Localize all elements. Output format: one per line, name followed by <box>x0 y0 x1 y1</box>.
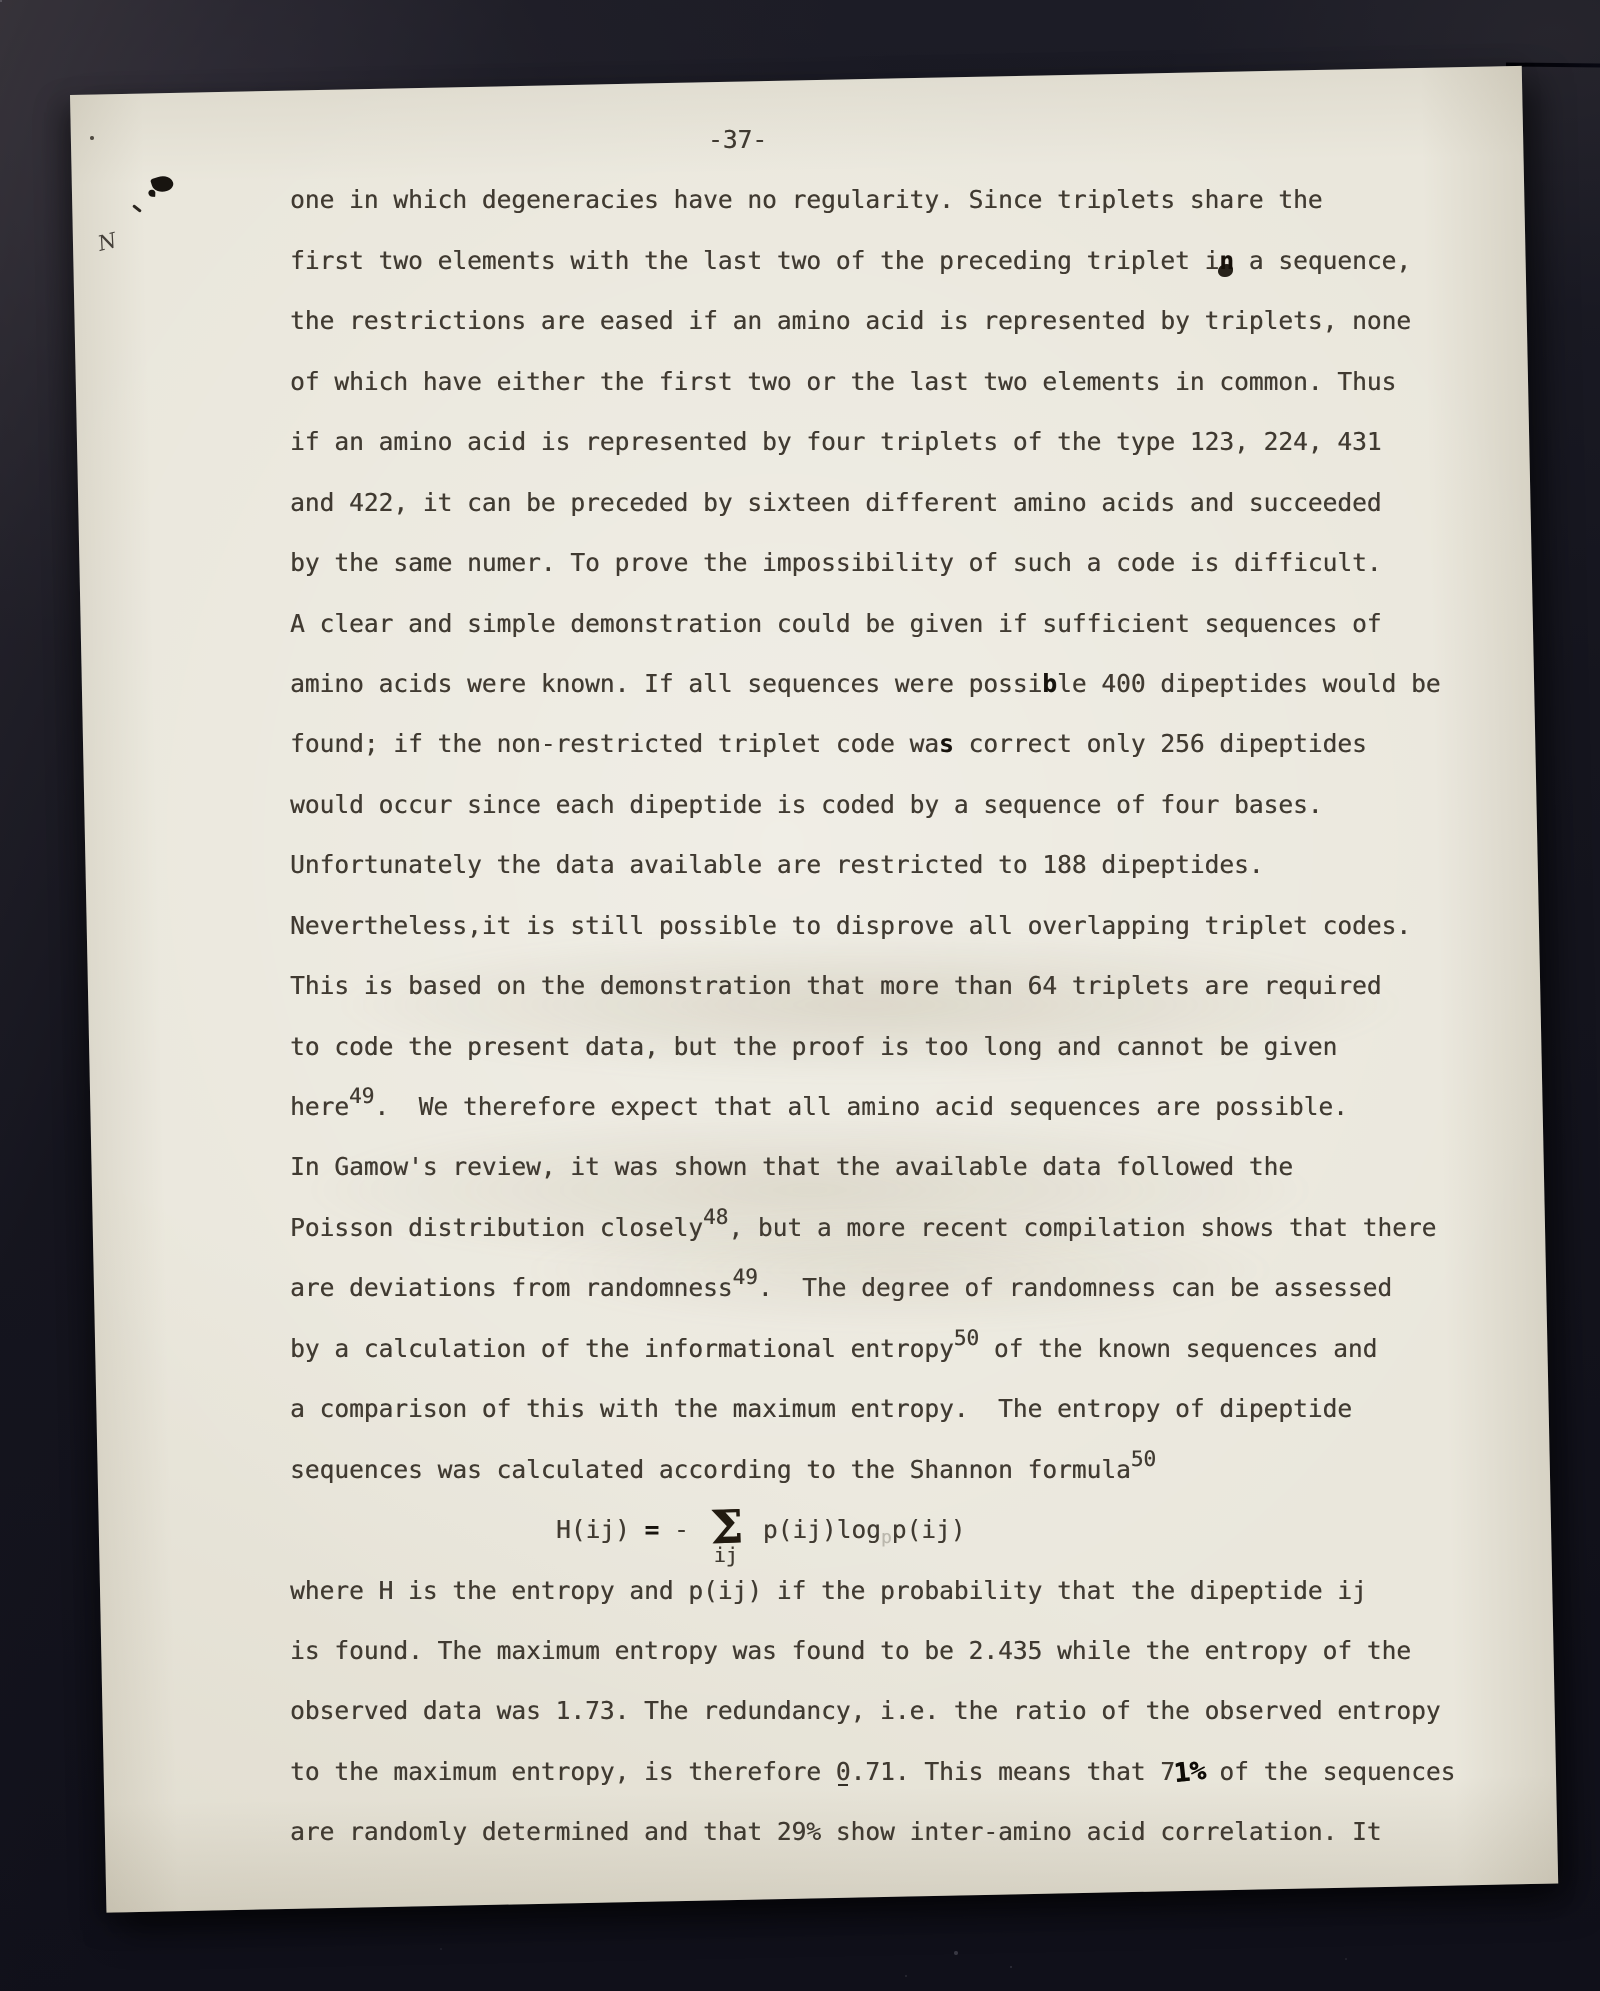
text-segment: p(ij)log <box>748 1515 881 1544</box>
text-segment: of which have either the first two or th… <box>290 367 1396 396</box>
text-segment: to the maximum entropy, is therefore <box>290 1757 836 1786</box>
text-segment: here <box>290 1092 349 1121</box>
text-segment: -37- <box>708 125 767 154</box>
text-segment: to code the present data, but the proof … <box>290 1032 1337 1061</box>
citation-superscript: 50 <box>1131 1447 1156 1471</box>
text-segment: by a calculation of the informational en… <box>290 1334 954 1363</box>
text-line: are deviations from randomness49. The de… <box>290 1258 1510 1318</box>
text-segment: one in which degeneracies have no regula… <box>290 185 1323 214</box>
text-segment: - <box>659 1515 703 1544</box>
text-segment: This is based on the demonstration that … <box>290 971 1382 1000</box>
text-line: A clear and simple demonstration could b… <box>290 594 1510 654</box>
text-segment: p <box>881 1527 892 1548</box>
text-line: Poisson distribution closely48, but a mo… <box>290 1198 1510 1258</box>
text-segment: s <box>939 729 954 758</box>
text-line: to code the present data, but the proof … <box>290 1017 1510 1077</box>
text-line: a comparison of this with the maximum en… <box>290 1379 1510 1439</box>
text-segment: correct only 256 dipeptides <box>954 729 1367 758</box>
sum-symbol: Σij <box>704 1508 749 1564</box>
ink-speck <box>90 136 94 140</box>
text-segment: le 400 dipeptides would be <box>1057 669 1441 698</box>
text-segment: n <box>1219 246 1234 275</box>
text-line: observed data was 1.73. The redundancy, … <box>290 1681 1510 1741</box>
text-segment: is found. The maximum entropy was found … <box>290 1636 1411 1665</box>
text-line: This is based on the demonstration that … <box>290 956 1510 1016</box>
text-segment: a comparison of this with the maximum en… <box>290 1394 1352 1423</box>
text-line: are randomly determined and that 29% sho… <box>290 1802 1510 1862</box>
text-segment: first two elements with the last two of … <box>290 246 1219 275</box>
text-segment: b <box>1042 669 1057 698</box>
citation-superscript: 49 <box>349 1084 374 1108</box>
text-segment: observed data was 1.73. The redundancy, … <box>290 1696 1441 1725</box>
text-segment: = <box>645 1515 660 1544</box>
text-segment: 0 <box>836 1757 851 1786</box>
text-segment: the restrictions are eased if an amino a… <box>290 306 1411 335</box>
text-segment: , but a more recent compilation shows th… <box>728 1213 1436 1242</box>
page-number: -37- <box>290 110 1510 170</box>
text-line: In Gamow's review, it was shown that the… <box>290 1137 1510 1197</box>
text-segment: where H is the entropy and p(ij) if the … <box>290 1576 1367 1605</box>
shannon-formula: H(ij) = - Σij p(ij)logpp(ij) <box>290 1500 1510 1560</box>
text-line: by the same numer. To prove the impossib… <box>290 533 1510 593</box>
text-line: found; if the non-restricted triplet cod… <box>290 714 1510 774</box>
text-segment: a sequence, <box>1234 246 1411 275</box>
text-segment: . We therefore expect that all amino aci… <box>374 1092 1348 1121</box>
text-segment: amino acids were known. If all sequences… <box>290 669 1042 698</box>
text-line: and 422, it can be preceded by sixteen d… <box>290 473 1510 533</box>
text-segment: Unfortunately the data available are res… <box>290 850 1264 879</box>
text-line: of which have either the first two or th… <box>290 352 1510 412</box>
text-segment: p(ij) <box>892 1515 966 1544</box>
text-segment: H(ij) <box>556 1515 645 1544</box>
citation-superscript: 48 <box>703 1205 728 1229</box>
dust-speckles <box>0 0 2 2</box>
scanned-document-page: N -37-one in which degeneracies have no … <box>0 0 1600 1991</box>
citation-superscript: 49 <box>733 1265 758 1289</box>
text-segment: if an amino acid is represented by four … <box>290 427 1382 456</box>
text-line: is found. The maximum entropy was found … <box>290 1621 1510 1681</box>
text-line: by a calculation of the informational en… <box>290 1319 1510 1379</box>
text-segment: of the known sequences and <box>979 1334 1377 1363</box>
citation-superscript: 50 <box>954 1326 979 1350</box>
text-segment: are deviations from randomness <box>290 1273 733 1302</box>
text-segment: and 422, it can be preceded by sixteen d… <box>290 488 1382 517</box>
text-line: where H is the entropy and p(ij) if the … <box>290 1561 1510 1621</box>
text-segment: In Gamow's review, it was shown that the… <box>290 1152 1293 1181</box>
text-segment: by the same numer. To prove the impossib… <box>290 548 1382 577</box>
text-line: if an amino acid is represented by four … <box>290 412 1510 472</box>
text-segment: are randomly determined and that 29% sho… <box>290 1817 1382 1846</box>
text-line: sequences was calculated according to th… <box>290 1440 1510 1500</box>
text-segment: sequences was calculated according to th… <box>290 1455 1131 1484</box>
text-segment: .71. This means that 7 <box>851 1757 1176 1786</box>
text-line: Unfortunately the data available are res… <box>290 835 1510 895</box>
text-segment: 1% <box>1171 1738 1210 1806</box>
text-line: one in which degeneracies have no regula… <box>290 170 1510 230</box>
text-line: here49. We therefore expect that all ami… <box>290 1077 1510 1137</box>
text-line: first two elements with the last two of … <box>290 231 1510 291</box>
text-line: to the maximum entropy, is therefore 0.7… <box>290 1742 1510 1802</box>
text-layer: -37-one in which degeneracies have no re… <box>290 110 1510 1863</box>
text-line: the restrictions are eased if an amino a… <box>290 291 1510 351</box>
text-segment: Poisson distribution closely <box>290 1213 703 1242</box>
text-segment: of the sequences <box>1205 1757 1456 1786</box>
text-segment: found; if the non-restricted triplet cod… <box>290 729 939 758</box>
text-segment: Nevertheless,it is still possible to dis… <box>290 911 1411 940</box>
text-line: would occur since each dipeptide is code… <box>290 775 1510 835</box>
text-line: Nevertheless,it is still possible to dis… <box>290 896 1510 956</box>
text-segment: . The degree of randomness can be assess… <box>758 1273 1392 1302</box>
text-segment: would occur since each dipeptide is code… <box>290 790 1323 819</box>
text-segment: A clear and simple demonstration could b… <box>290 609 1382 638</box>
text-line: amino acids were known. If all sequences… <box>290 654 1510 714</box>
